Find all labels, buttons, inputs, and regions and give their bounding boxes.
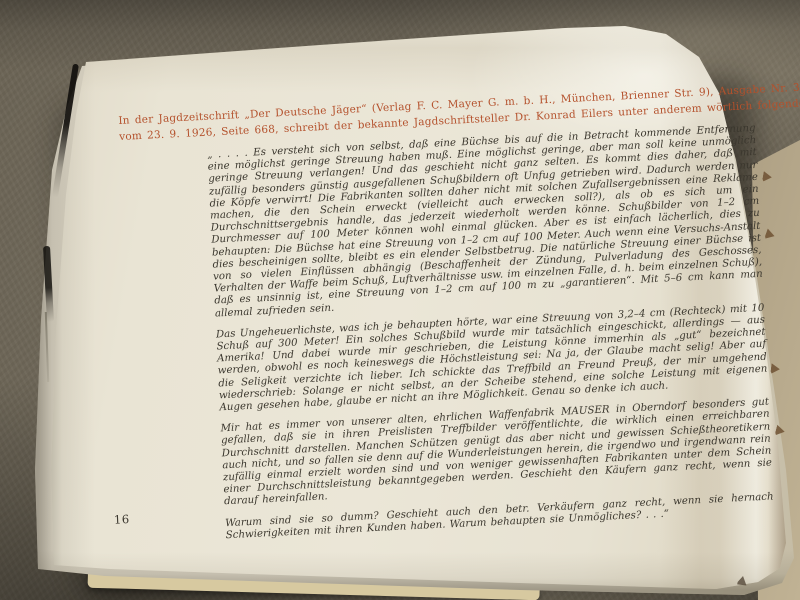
paragraph-1: „ . . . . Es versteht sich von selbst, d… (207, 123, 764, 320)
paragraph-2: Das Ungeheuerlichste, was ich je behaupt… (216, 303, 769, 415)
page-number: 16 (114, 512, 131, 527)
printed-text-block: In der Jagdzeitschrift „Der Deutsche Jäg… (47, 23, 773, 597)
quotation-body: „ . . . . Es versteht sich von selbst, d… (207, 123, 775, 551)
photo-of-book-page: In der Jagdzeitschrift „Der Deutsche Jäg… (0, 0, 800, 600)
paragraph-3: Mir hat es immer von unserer alten, ehrl… (220, 397, 773, 509)
